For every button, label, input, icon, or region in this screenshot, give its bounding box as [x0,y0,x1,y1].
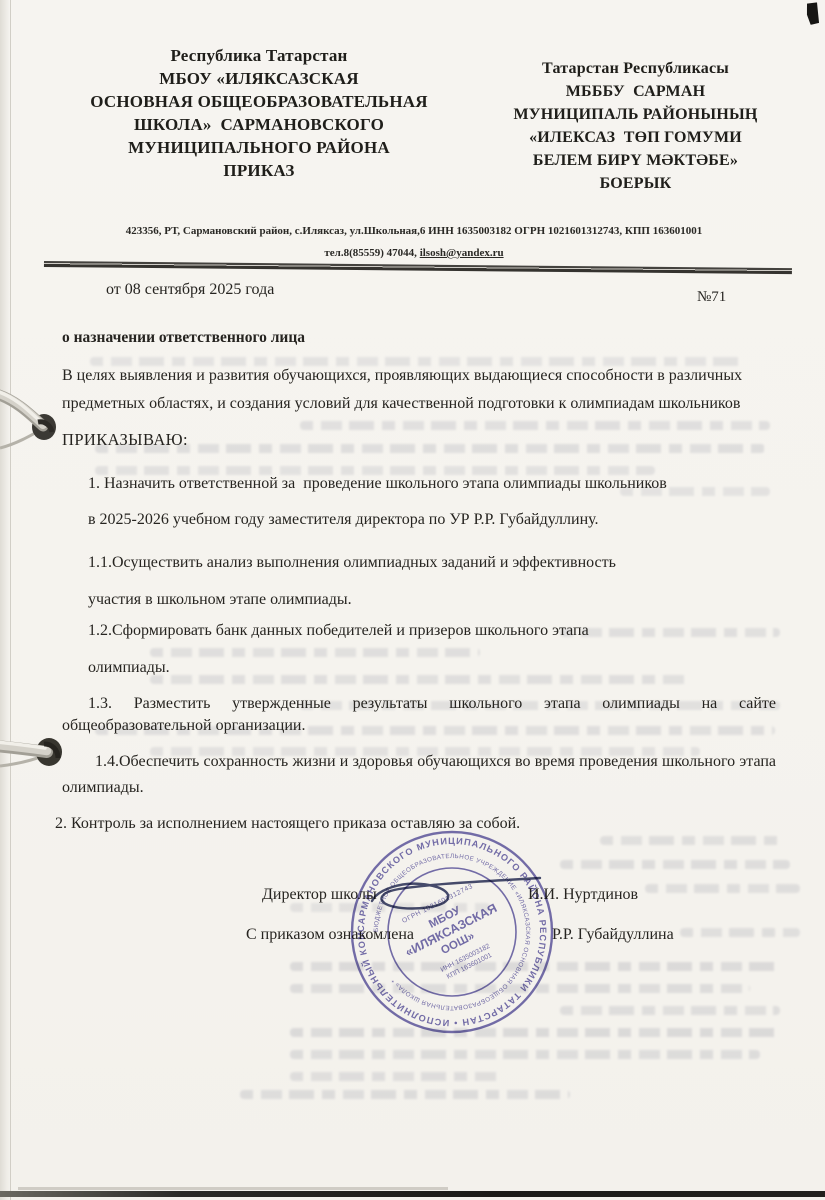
pen-signature [0,0,825,1200]
scanned-order-page: Республика Татарстан МБОУ «ИЛЯКСАЗСКАЯ О… [0,0,825,1200]
scan-bottom-smudge [18,1187,448,1190]
binder-ring-top [0,382,80,472]
binder-ring-bottom [0,722,85,792]
scan-bottom-edge [0,1191,825,1197]
